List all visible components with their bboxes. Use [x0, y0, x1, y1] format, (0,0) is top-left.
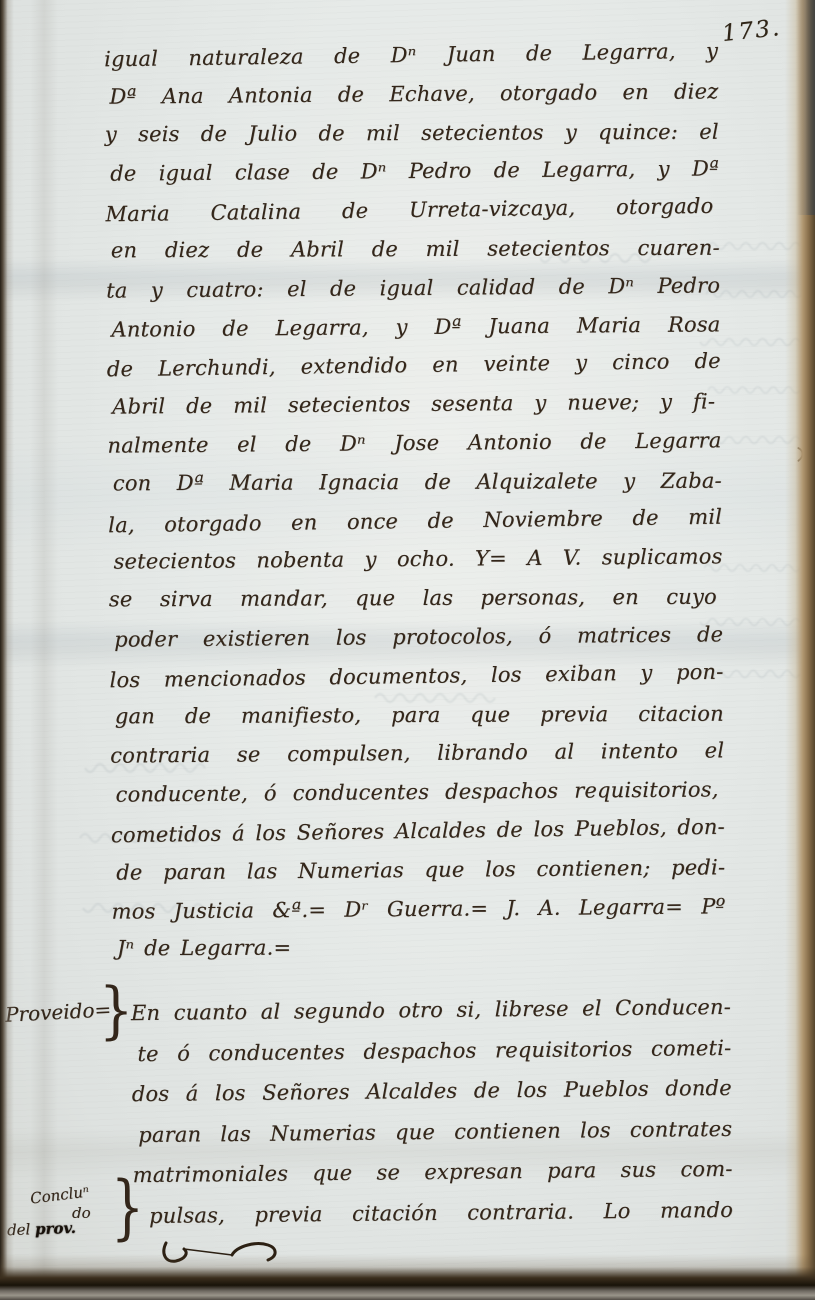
manuscript-line: Abril de mil setecientos sesenta y nueve… [107, 382, 721, 426]
manuscript-line: paran las Numerias que contienen los con… [132, 1109, 732, 1156]
conclusion-note-word-blotted: prov. [35, 1219, 76, 1238]
bottom-torn-edge [0, 1254, 815, 1300]
manuscript-line: y seis de Julio de mil setecientos y qui… [105, 112, 719, 153]
brace-mark-icon: } [99, 980, 133, 1042]
manuscript-line: nalmente el de Dⁿ Jose Antonio de Legarr… [107, 421, 721, 465]
manuscript-line: te ó conducentes despachos requisitorios… [131, 1027, 731, 1074]
manuscript-line: los mencionados documentos, los exiban y… [109, 652, 723, 699]
manuscript-line: dos á los Señores Alcaldes de los Pueblo… [132, 1068, 732, 1115]
manuscript-line: Jⁿ de Legarra.= [112, 927, 726, 968]
vertical-fold-crease [30, 0, 58, 1300]
manuscript-line: conducente, ó conducentes despachos requ… [110, 770, 724, 814]
brace-mark-icon: } [111, 1173, 144, 1243]
proveido-text-block: En cuanto al segundo otro si, librese el… [131, 987, 734, 1237]
page-number: 173. [721, 15, 783, 47]
manuscript-page: 173. igual naturaleza de Dⁿ Juan de Lega… [0, 0, 815, 1300]
conclusion-note-line: del prov. [7, 1219, 76, 1239]
manuscript-line: contraria se compulsen, librando al inte… [110, 732, 724, 776]
manuscript-line: matrimoniales que se expresan para sus c… [132, 1149, 732, 1196]
manuscript-line: de paran las Numerias que los contienen;… [111, 848, 725, 892]
manuscript-line: pulsas, previa citación contraria. Lo ma… [133, 1190, 733, 1237]
manuscript-line: poder existieren los protocolos, ó matri… [109, 615, 723, 659]
margin-note-proveido: Proveido= [4, 997, 111, 1027]
manuscript-line: setecientos nobenta y ocho. Y= A V. supl… [108, 538, 722, 582]
manuscript-line: En cuanto al segundo otro si, librese el… [131, 987, 731, 1034]
petition-text-block: igual naturaleza de Dⁿ Juan de Legarra, … [104, 33, 726, 969]
left-binding-edge [0, 0, 14, 1300]
manuscript-line: mos Justicia &ª.= Dʳ Guerra.= J. A. Lega… [111, 887, 725, 931]
manuscript-line: se sirva mandar, que las personas, en cu… [109, 578, 723, 619]
manuscript-line: Maria Catalina de Urreta-vizcaya, otorga… [105, 187, 719, 234]
right-edge-shadow [797, 0, 815, 215]
manuscript-line: con Dª Maria Ignacia de Alquizalete y Za… [108, 461, 722, 502]
manuscript-line: en diez de Abril de mil setecientos cuar… [106, 229, 720, 270]
manuscript-line: Dª Ana Antonia de Echave, otorgado en di… [104, 72, 718, 116]
manuscript-line: ta y cuatro: el de igual calidad de Dⁿ P… [106, 266, 720, 310]
manuscript-line: gan de manifiesto, para que previa citac… [110, 694, 724, 735]
